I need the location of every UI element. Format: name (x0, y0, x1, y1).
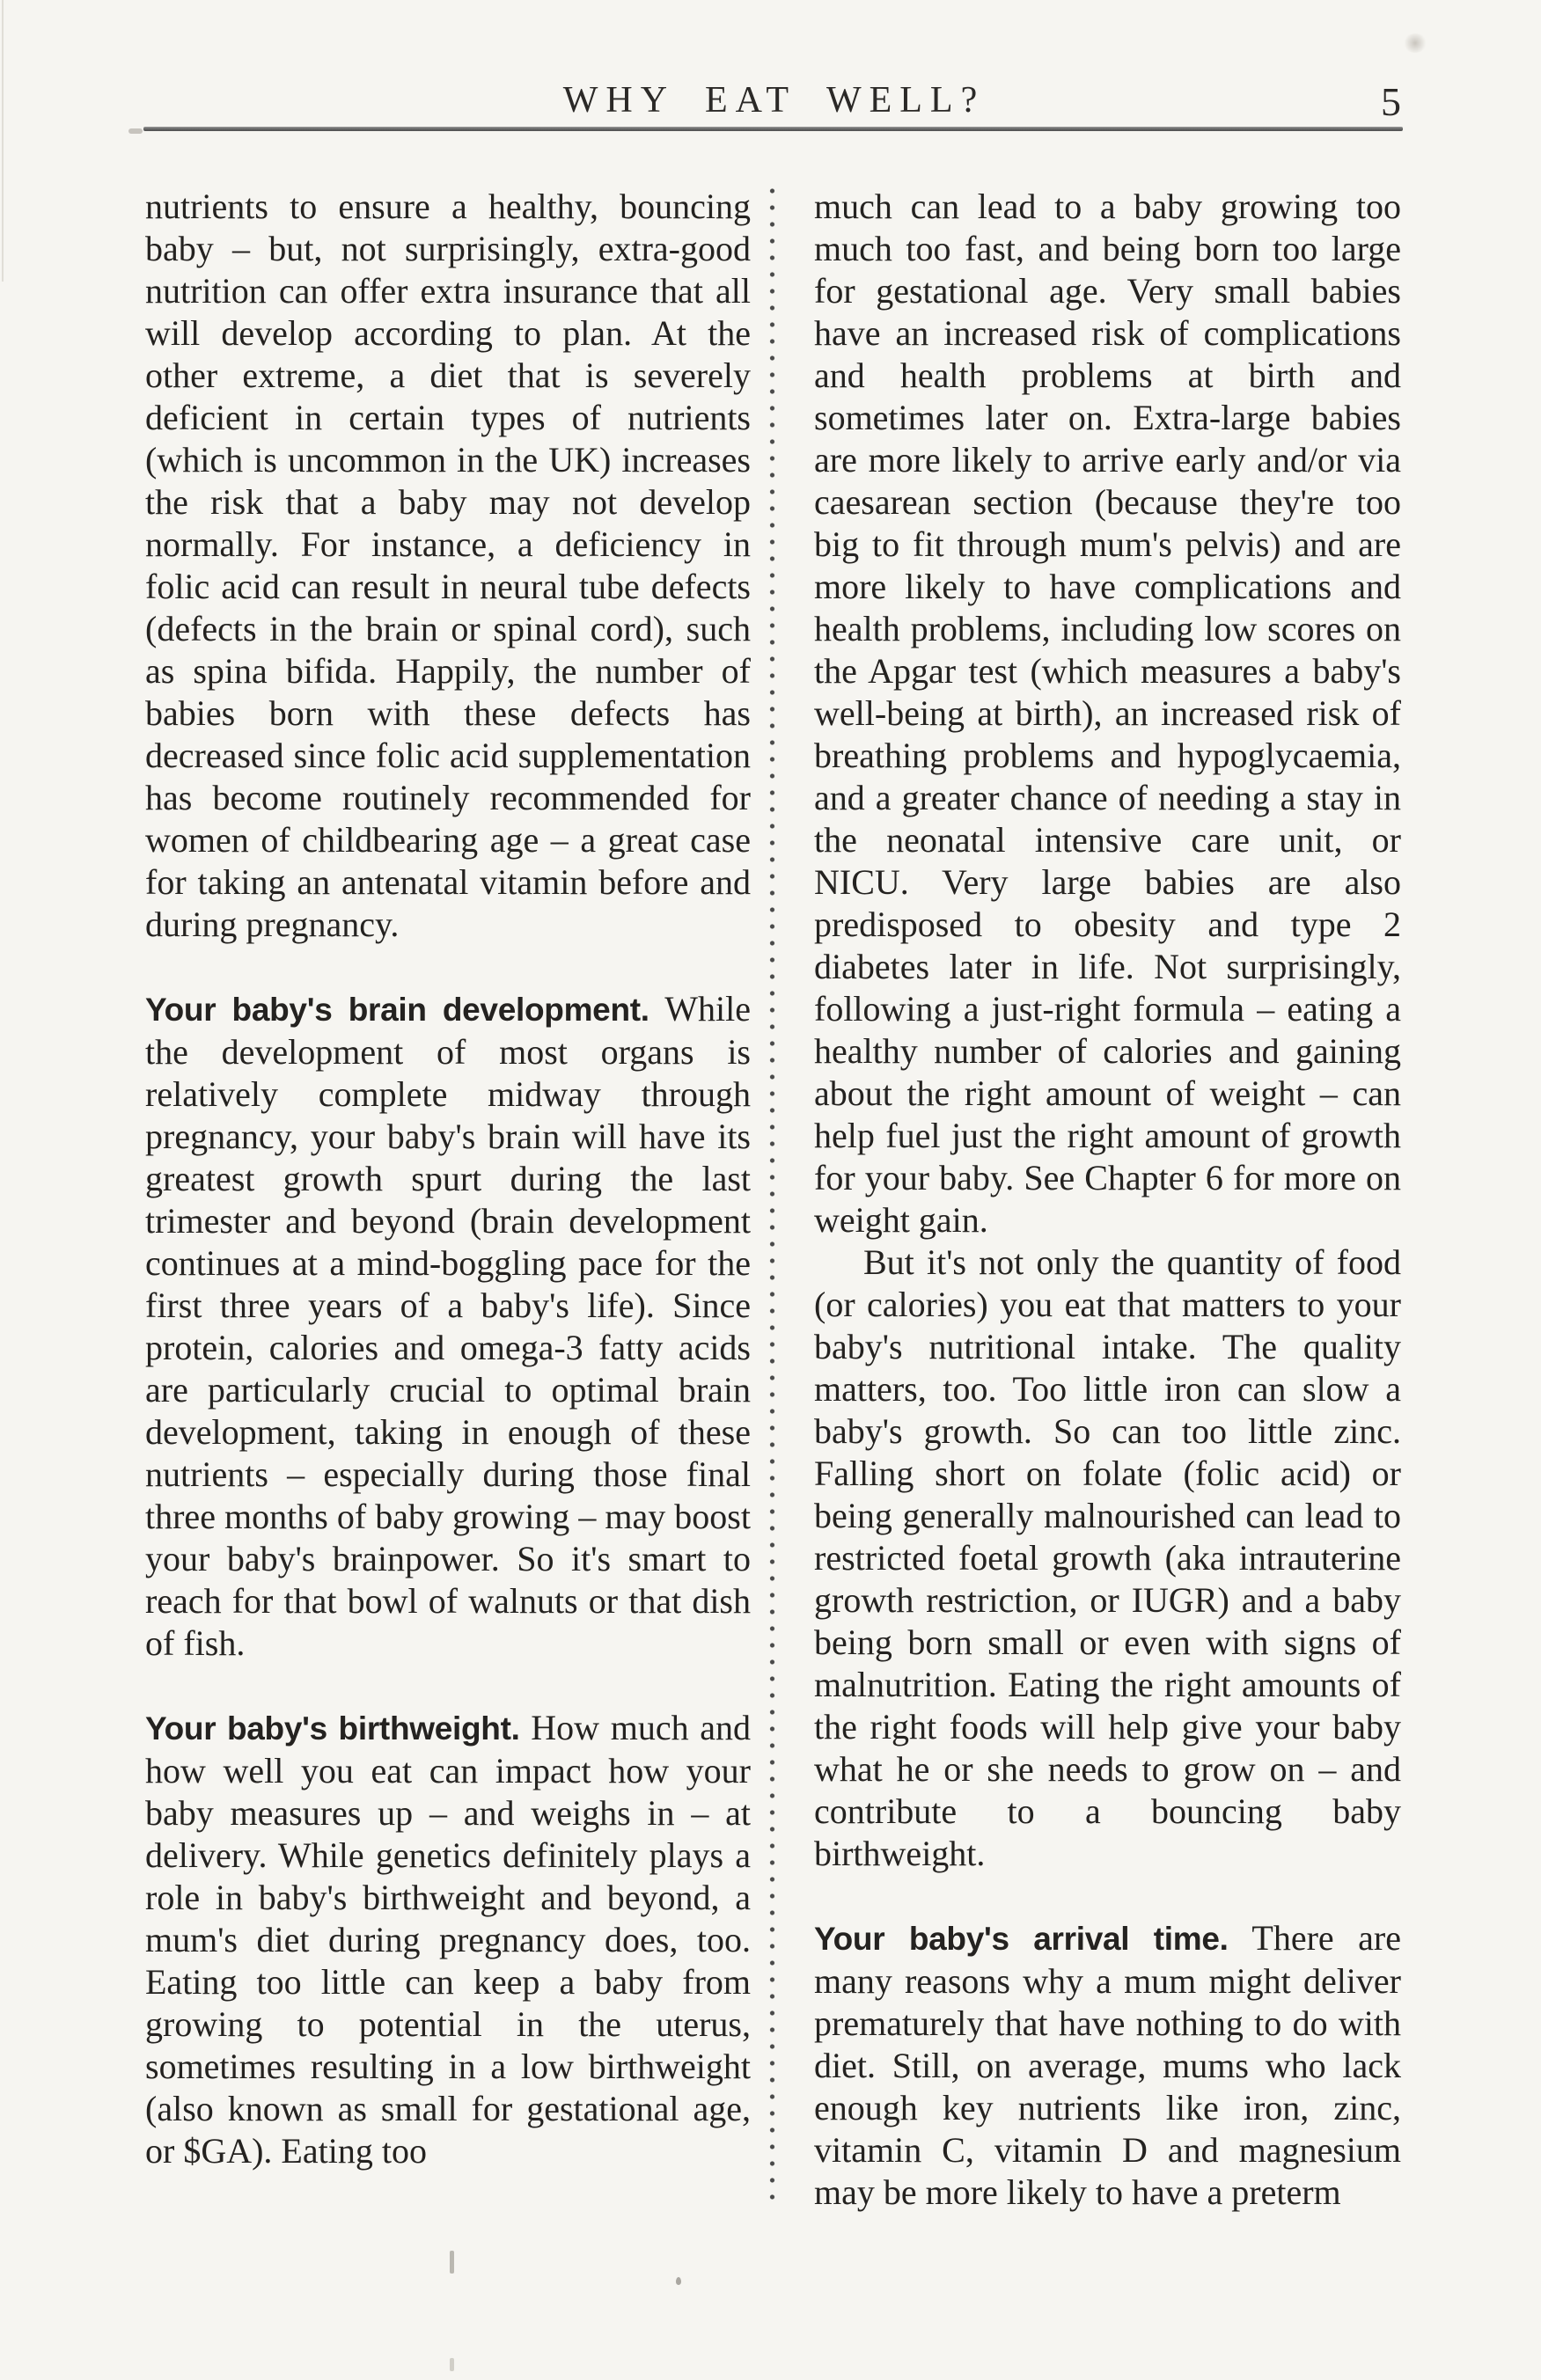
subheading-brain-development: Your baby's brain development. (145, 992, 649, 1028)
subheading-arrival-time: Your baby's arrival time. (814, 1921, 1229, 1957)
section-birthweight: Your baby's birthweight. How much and ho… (145, 1707, 751, 2172)
section-brain-development: Your baby's brain development. While the… (145, 988, 751, 1665)
scan-speck-artifact (676, 2277, 681, 2285)
subheading-birthweight: Your baby's birthweight. (145, 1710, 520, 1747)
right-column: much can lead to a baby growing too much… (814, 186, 1401, 2214)
column-divider-dotted (769, 187, 775, 2211)
paragraph-continuation-growth: much can lead to a baby growing too much… (814, 186, 1401, 1241)
paragraph-quality-of-food: But it's not only the quantity of food (… (814, 1241, 1401, 1875)
paragraph-text: But it's not only the quantity of food (… (814, 1242, 1401, 1873)
running-head-title: WHY EAT WELL? (145, 79, 1403, 121)
scan-smudge-artifact (1403, 33, 1427, 53)
scan-tick-artifact (450, 2251, 454, 2274)
paragraph-text: nutrients to ensure a healthy, bouncing … (145, 187, 751, 944)
paragraph-text: While the development of most organs is … (145, 989, 751, 1663)
left-column: nutrients to ensure a healthy, bouncing … (145, 186, 751, 2172)
page-number: 5 (1294, 81, 1401, 123)
paragraph-continuation-nutrients: nutrients to ensure a healthy, bouncing … (145, 186, 751, 946)
book-page: WHY EAT WELL? 5 nutrients to ensure a he… (0, 0, 1541, 2380)
header-rule-scan-tail (128, 128, 143, 134)
paragraph-text: There are many reasons why a mum might d… (814, 1918, 1401, 2212)
paragraph-text: How much and how well you eat can impact… (145, 1708, 751, 2171)
paragraph-text: much can lead to a baby growing too much… (814, 187, 1401, 1240)
header-rule (143, 127, 1403, 131)
page-edge-artifact (2, 0, 4, 282)
section-arrival-time: Your baby's arrival time. There are many… (814, 1917, 1401, 2214)
scan-tick-artifact (450, 2358, 454, 2371)
